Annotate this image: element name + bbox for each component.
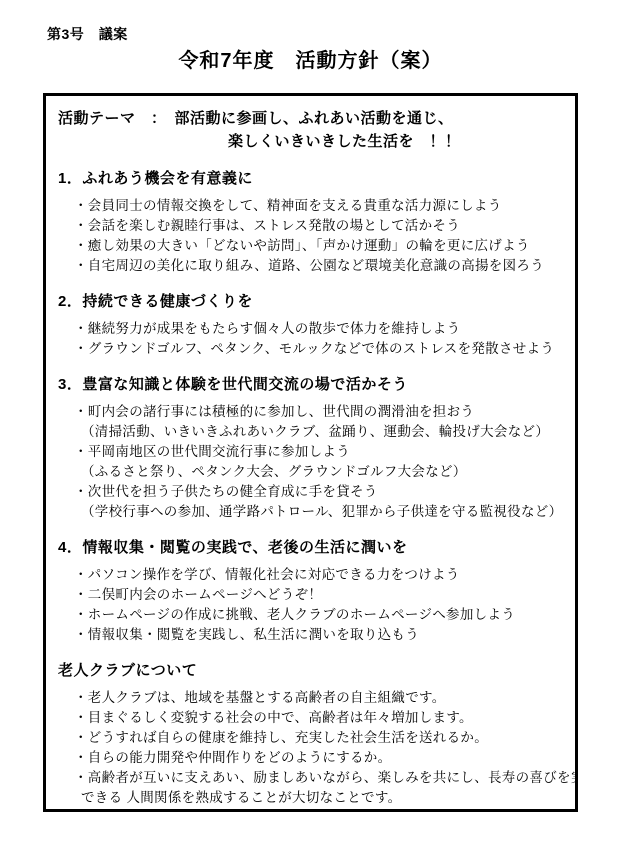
list-item: ・どうすれば自らの健康を維持し、充実した社会生活を送れるか。 [58,728,563,748]
list-item: （ふるさと祭り、ペタンク大会、グラウンドゴルフ大会など） [58,462,563,482]
list-item: ・癒し効果の大きい「どないや訪問」、「声かけ運動」の輪を更に広げよう [58,236,563,256]
section-heading: 2．持続できる健康づくりを [58,291,563,313]
list-item: ・会話を楽しむ親睦行事は、ストレス発散の場として活かそう [58,216,563,236]
activity-theme: 活動テーマ ： 部活動に参画し、ふれあい活動を通じ、 楽しくいきいきした生活を … [58,107,563,153]
list-item: （学校行事への参加、通学路パトロール、犯罪から子供達を守る監視役など） [58,502,563,522]
section-heading: 3．豊富な知識と体験を世代間交流の場で活かそう [58,374,563,396]
activity-theme-line1: 活動テーマ ： 部活動に参画し、ふれあい活動を通じ、 [58,107,563,130]
document-page: 第3号 議案 令和7年度 活動方針（案） 活動テーマ ： 部活動に参画し、ふれあ… [0,0,621,868]
sections: 1．ふれあう機会を有意義に・会員同士の情報交換をして、精神面を支える貴重な活力源… [58,168,563,808]
activity-theme-line2: 楽しくいきいきした生活を ！！ [58,130,563,153]
section-heading: 4．情報収集・閲覧の実践で、老後の生活に潤いを [58,537,563,559]
list-item: ・平岡南地区の世代間交流行事に参加しよう [58,442,563,462]
list-item: ・目まぐるしく変貌する社会の中で、高齢者は年々増加します。 [58,708,563,728]
list-item: ・二俣町内会のホームページへどうぞ！ [58,585,563,605]
list-item: できる 人間関係を熟成することが大切なことです。 [58,788,563,808]
list-item: （清掃活動、いきいきふれあいクラブ、盆踊り、運動会、輪投げ大会など） [58,422,563,442]
section: 2．持続できる健康づくりを・継続努力が成果をもたらす個々人の散歩で体力を維持しよ… [58,291,563,359]
list-item: ・町内会の諸行事には積極的に参加し、世代間の潤滑油を担おう [58,402,563,422]
list-item: ・高齢者が互いに支えあい、励ましあいながら、楽しみを共にし、長寿の喜びを実感 [58,768,563,788]
list-item: ・会員同士の情報交換をして、精神面を支える貴重な活力源にしよう [58,196,563,216]
content-box: 活動テーマ ： 部活動に参画し、ふれあい活動を通じ、 楽しくいきいきした生活を … [43,93,578,812]
section: 3．豊富な知識と体験を世代間交流の場で活かそう・町内会の諸行事には積極的に参加し… [58,374,563,522]
list-item: ・情報収集・閲覧を実践し、私生活に潤いを取り込もう [58,625,563,645]
list-item: ・継続努力が成果をもたらす個々人の散歩で体力を維持しよう [58,319,563,339]
list-item: ・自宅周辺の美化に取り組み、道路、公園など環境美化意識の高揚を図ろう [58,256,563,276]
list-item: ・自らの能力開発や仲間作りをどのようにするか。 [58,748,563,768]
section-heading: 老人クラブについて [58,660,563,682]
case-number-label: 第3号 議案 [47,24,128,44]
section-heading: 1．ふれあう機会を有意義に [58,168,563,190]
list-item: ・パソコン操作を学び、情報化社会に対応できる力をつけよう [58,565,563,585]
page-title: 令和7年度 活動方針（案） [0,44,621,73]
list-item: ・ホームページの作成に挑戦、老人クラブのホームページへ参加しよう [58,605,563,625]
list-item: ・次世代を担う子供たちの健全育成に手を貸そう [58,482,563,502]
section: 老人クラブについて・老人クラブは、地域を基盤とする高齢者の自主組織です。・目まぐ… [58,660,563,808]
section: 1．ふれあう機会を有意義に・会員同士の情報交換をして、精神面を支える貴重な活力源… [58,168,563,276]
list-item: ・グラウンドゴルフ、ペタンク、モルックなどで体のストレスを発散させよう [58,339,563,359]
list-item: ・老人クラブは、地域を基盤とする高齢者の自主組織です。 [58,688,563,708]
section: 4．情報収集・閲覧の実践で、老後の生活に潤いを・パソコン操作を学び、情報化社会に… [58,537,563,645]
